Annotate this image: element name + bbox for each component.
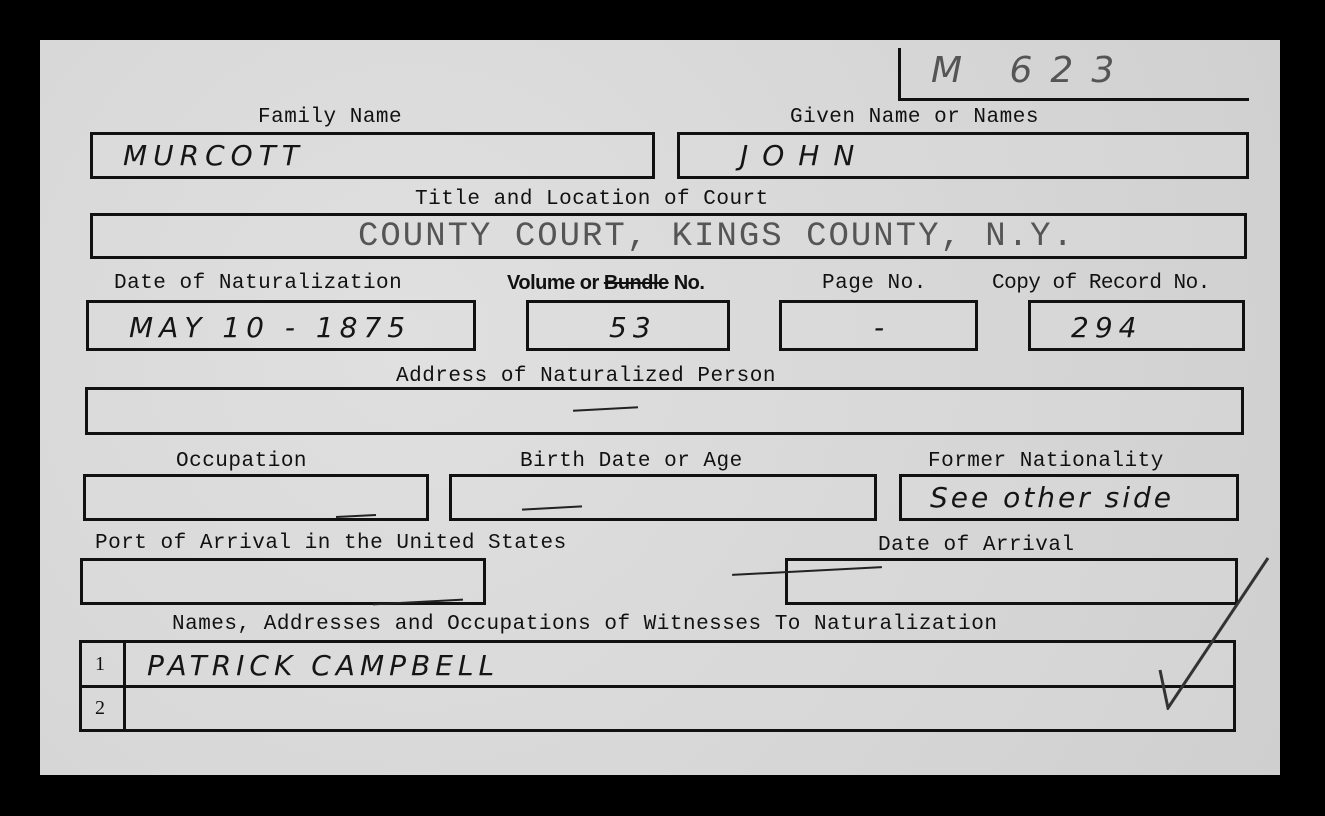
port-of-arrival-field — [80, 558, 486, 605]
volume-field: 53 — [526, 300, 730, 351]
page-no-field: - — [779, 300, 978, 351]
copy-of-record-field: 294 — [1028, 300, 1245, 351]
page-no-value: - — [874, 311, 890, 344]
birth-date-field — [449, 474, 877, 521]
occupation-label: Occupation — [176, 450, 307, 473]
witnesses-label: Names, Addresses and Occupations of Witn… — [172, 613, 997, 636]
court-label: Title and Location of Court — [415, 188, 769, 211]
empty-dash — [573, 406, 638, 411]
date-of-naturalization-field: MAY 10 - 1875 — [86, 300, 476, 351]
volume-label-prefix: Volume or — [507, 272, 604, 294]
family-name-value: MURCOTT — [123, 139, 305, 172]
court-field: COUNTY COURT, KINGS COUNTY, N.Y. — [90, 213, 1247, 259]
checkmark-icon — [1150, 550, 1270, 710]
witness-row-number: 1 — [95, 653, 105, 676]
page-no-label: Page No. — [822, 272, 927, 295]
birth-date-label: Birth Date or Age — [520, 450, 743, 473]
port-of-arrival-label: Port of Arrival in the United States — [95, 532, 567, 555]
date-of-naturalization-value: MAY 10 - 1875 — [129, 311, 411, 344]
address-field — [85, 387, 1244, 435]
address-label: Address of Naturalized Person — [396, 365, 776, 388]
date-of-arrival-label: Date of Arrival — [878, 534, 1075, 557]
empty-dash — [336, 514, 376, 518]
former-nationality-field: See other side — [899, 474, 1239, 521]
given-name-value: JOHN — [740, 139, 868, 172]
court-value: COUNTY COURT, KINGS COUNTY, N.Y. — [358, 218, 1075, 256]
volume-value: 53 — [609, 311, 657, 344]
occupation-field — [83, 474, 429, 521]
reference-number-box: M 623 — [898, 48, 1249, 101]
family-name-field: MURCOTT — [90, 132, 655, 179]
witness-name: PATRICK CAMPBELL — [147, 649, 499, 682]
family-name-label: Family Name — [258, 106, 402, 129]
naturalization-index-card: M 623 Family Name MURCOTT Given Name or … — [40, 40, 1280, 775]
former-nationality-label: Former Nationality — [928, 450, 1164, 473]
empty-dash — [373, 599, 463, 606]
former-nationality-value: See other side — [930, 481, 1174, 514]
volume-label: Volume or Bundle No. — [507, 272, 704, 295]
copy-of-record-value: 294 — [1071, 311, 1142, 344]
empty-dash — [522, 505, 582, 510]
volume-label-struck: Bundle — [604, 272, 669, 294]
witness-row-number: 2 — [95, 697, 105, 720]
reference-number: M 623 — [931, 50, 1132, 91]
witness-row-divider — [82, 685, 1233, 688]
given-name-label: Given Name or Names — [790, 106, 1039, 129]
date-of-naturalization-label: Date of Naturalization — [114, 272, 402, 295]
witnesses-table: 1 PATRICK CAMPBELL 2 — [79, 640, 1236, 732]
copy-of-record-label: Copy of Record No. — [992, 272, 1210, 295]
given-name-field: JOHN — [677, 132, 1249, 179]
volume-label-suffix: No. — [669, 272, 705, 294]
